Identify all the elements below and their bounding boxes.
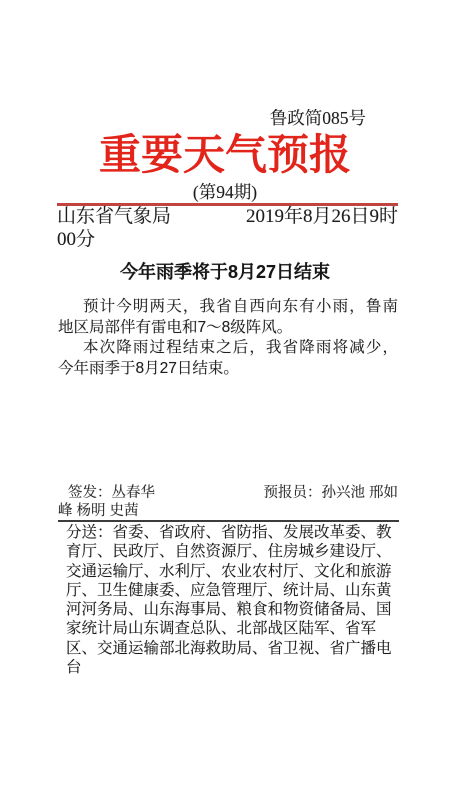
distribution-list: 分送：省委、省政府、省防指、发展改革委、教 育厅、民政厅、自然资源厅、住房城乡建… (66, 523, 396, 677)
distribution-line: 厅、卫生健康委、应急管理厅、统计局、山东黄 (66, 581, 396, 600)
body-paragraph1-line1: 预计今明两天，我省自西向东有小雨，鲁南 (58, 297, 398, 318)
document-title: 重要天气预报 (0, 130, 450, 180)
body-paragraph1-line2: 地区局部伴有雷电和7～8级阵风。 (58, 318, 398, 339)
body-paragraph2-line2: 今年雨季于8月27日结束。 (58, 359, 398, 380)
distribution-line: 区、交通运输部北海救助局、省卫视、省广播电 (66, 639, 396, 658)
document-number: 鲁政简085号 (270, 107, 366, 129)
forecast-body: 预计今明两天，我省自西向东有小雨，鲁南 地区局部伴有雷电和7～8级阵风。 本次降… (58, 297, 398, 379)
weather-forecast-document: 鲁政简085号 重要天气预报 (第94期) 山东省气象局 2019年8月26日9… (0, 0, 450, 800)
distribution-line: 家统计局山东调查总队、北部战区陆军、省军 (66, 619, 396, 638)
body-paragraph2-line1: 本次降雨过程结束之后，我省降雨将减少， (58, 338, 398, 359)
issuer-name: 签发：丛春华 (68, 485, 155, 503)
forecast-headline: 今年雨季将于8月27日结束 (0, 260, 450, 285)
agency-name: 山东省气象局 (57, 206, 171, 229)
forecaster-names: 预报员：孙兴池 邢如 (263, 485, 398, 503)
distribution-line: 台 (66, 658, 396, 677)
issue-datetime-wrap: 00分 (57, 229, 398, 252)
signature-block: 签发：丛春华 预报员：孙兴池 邢如 峰 杨明 史茜 (58, 485, 398, 521)
distribution-line: 交通运输厅、水利厅、农业农村厅、文化和旅游 (66, 562, 396, 581)
distribution-line: 育厅、民政厅、自然资源厅、住房城乡建设厅、 (66, 542, 396, 561)
agency-date-block: 山东省气象局 2019年8月26日9时 00分 (57, 206, 398, 251)
forecaster-names-wrap: 峰 杨明 史茜 (58, 503, 398, 521)
issue-datetime: 2019年8月26日9时 (246, 206, 398, 229)
issue-number: (第94期) (0, 181, 450, 203)
distribution-line: 河河务局、山东海事局、粮食和物资储备局、国 (66, 600, 396, 619)
signature-divider-line (58, 520, 399, 522)
distribution-line: 分送：省委、省政府、省防指、发展改革委、教 (66, 523, 396, 542)
